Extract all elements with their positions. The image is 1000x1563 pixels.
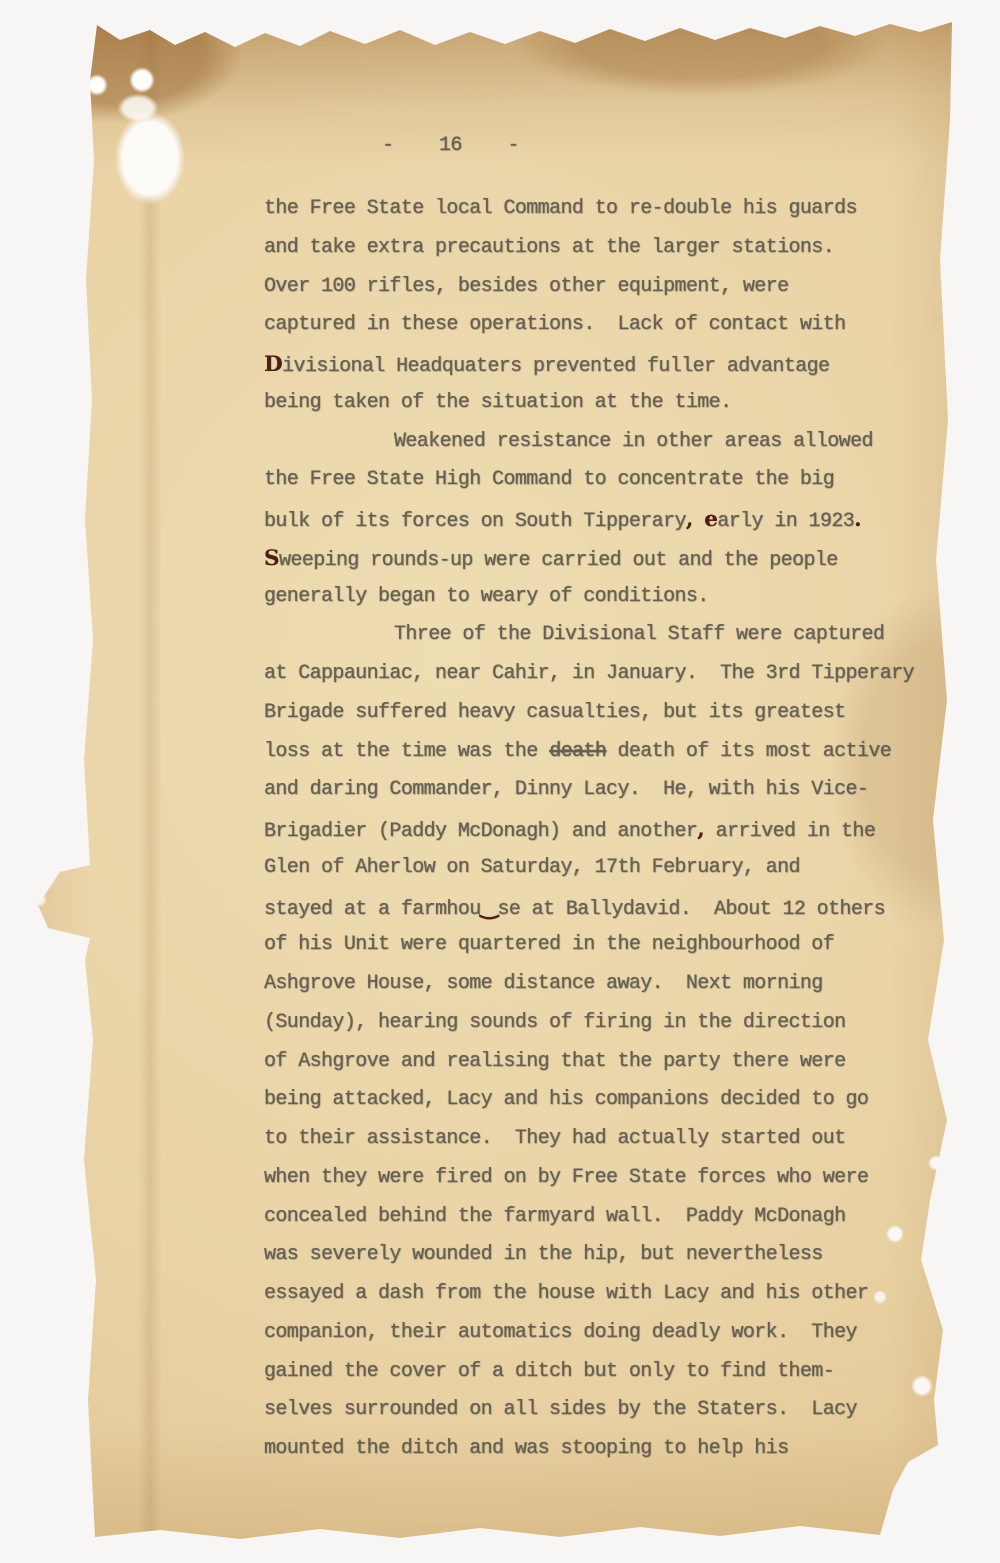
typed-text: the Free State High Command to concentra…	[264, 468, 834, 491]
typed-line: stayed at a farmhou‿se at Ballydavid. Ab…	[264, 895, 964, 934]
handwritten-correction: S	[264, 546, 279, 571]
typed-line: when they were fired on by Free State fo…	[264, 1166, 964, 1205]
typed-text: to their assistance. They had actually s…	[264, 1127, 846, 1150]
typed-line: was severely wounded in the hip, but nev…	[264, 1243, 964, 1282]
typed-text: Over 100 rifles, besides other equipment…	[264, 275, 789, 298]
typed-text: being taken of the situation at the time…	[264, 391, 731, 414]
typed-text: and take extra precautions at the larger…	[264, 236, 834, 259]
typed-text	[693, 510, 704, 533]
handwritten-correction: D	[264, 352, 282, 377]
page-content: - 16 - the Free State local Command to r…	[0, 0, 1000, 1563]
typed-text: at Cappauniac, near Cahir, in January. T…	[264, 662, 914, 685]
typed-text: of Ashgrove and realising that the party…	[264, 1050, 846, 1073]
typed-line: the Free State High Command to concentra…	[264, 468, 964, 507]
typed-line: Over 100 rifles, besides other equipment…	[264, 275, 964, 314]
handwritten-correction: ‿	[481, 895, 498, 920]
typed-line: concealed behind the farmyard wall. Padd…	[264, 1205, 964, 1244]
typed-text: arly in 1923	[717, 510, 854, 533]
typed-line: of his Unit were quartered in the neighb…	[264, 933, 964, 972]
typed-text: death of its most active	[606, 740, 891, 763]
typed-line: the Free State local Command to re-doubl…	[264, 197, 964, 236]
typed-line: Glen of Aherlow on Saturday, 17th Februa…	[264, 856, 964, 895]
typed-text: companion, their automatics doing deadly…	[264, 1321, 857, 1344]
typed-line: loss at the time was the death death of …	[264, 740, 964, 779]
typed-text: captured in these operations. Lack of co…	[264, 313, 846, 336]
typed-line: bulk of its forces on South Tipperary, e…	[264, 507, 964, 546]
typed-text: se at Ballydavid. About 12 others	[497, 898, 885, 921]
typed-line: selves surrounded on all sides by the St…	[264, 1398, 964, 1437]
typed-text: Ashgrove House, some distance away. Next…	[264, 972, 823, 995]
typed-line: being attacked, Lacy and his companions …	[264, 1088, 964, 1127]
struck-out-word: death	[549, 740, 606, 763]
typed-text: Brigade suffered heavy casualties, but i…	[264, 701, 846, 724]
typed-text: mounted the ditch and was stooping to he…	[264, 1437, 789, 1460]
typed-text: loss at the time was the	[264, 740, 549, 763]
typed-text: generally began to weary of conditions.	[264, 585, 709, 608]
typed-line: captured in these operations. Lack of co…	[264, 313, 964, 352]
typed-text: of his Unit were quartered in the neighb…	[264, 933, 834, 956]
typed-text: weeping rounds-up were carried out and t…	[279, 549, 838, 572]
typed-line: and daring Commander, Dinny Lacy. He, wi…	[264, 778, 964, 817]
typed-line: gained the cover of a ditch but only to …	[264, 1360, 964, 1399]
typed-text: Glen of Aherlow on Saturday, 17th Februa…	[264, 856, 800, 879]
typed-text: stayed at a farmhou	[264, 898, 481, 921]
typed-text: was severely wounded in the hip, but nev…	[264, 1243, 823, 1266]
typed-text: (Sunday), hearing sounds of firing in th…	[264, 1011, 846, 1034]
typed-line: Three of the Divisional Staff were captu…	[264, 623, 964, 662]
typed-line: mounted the ditch and was stooping to he…	[264, 1437, 964, 1476]
typed-text: essayed a dash from the house with Lacy …	[264, 1282, 868, 1305]
typed-text: arrived in the	[704, 820, 875, 843]
document-page: - 16 - the Free State local Command to r…	[0, 0, 1000, 1563]
typed-text: concealed behind the farmyard wall. Padd…	[264, 1205, 846, 1228]
typed-line: at Cappauniac, near Cahir, in January. T…	[264, 662, 964, 701]
handwritten-correction: e	[704, 507, 717, 532]
handwritten-correction: .	[854, 507, 861, 532]
typed-line: generally began to weary of conditions.	[264, 585, 964, 624]
typed-text: selves surrounded on all sides by the St…	[264, 1398, 857, 1421]
typed-line: Divisional Headquaters prevented fuller …	[264, 352, 964, 391]
scanned-document: - 16 - the Free State local Command to r…	[0, 0, 1000, 1563]
typed-line: of Ashgrove and realising that the party…	[264, 1050, 964, 1089]
typed-text: and daring Commander, Dinny Lacy. He, wi…	[264, 778, 868, 801]
typed-text: Brigadier (Paddy McDonagh) and another	[264, 820, 697, 843]
handwritten-correction: ,	[686, 507, 693, 532]
typed-text: bulk of its forces on South Tipperary	[264, 510, 686, 533]
typed-line: companion, their automatics doing deadly…	[264, 1321, 964, 1360]
typed-line: and take extra precautions at the larger…	[264, 236, 964, 275]
typed-text: when they were fired on by Free State fo…	[264, 1166, 868, 1189]
typed-text: ivisional Headquaters prevented fuller a…	[282, 355, 829, 378]
typed-line: Weakened resistance in other areas allow…	[264, 430, 964, 469]
typed-line: Brigadier (Paddy McDonagh) and another, …	[264, 817, 964, 856]
typed-line: to their assistance. They had actually s…	[264, 1127, 964, 1166]
typed-line: Sweeping rounds-up were carried out and …	[264, 546, 964, 585]
typed-text: Three of the Divisional Staff were captu…	[394, 623, 884, 646]
page-number: - 16 -	[382, 134, 519, 157]
typed-line: (Sunday), hearing sounds of firing in th…	[264, 1011, 964, 1050]
typed-line: Brigade suffered heavy casualties, but i…	[264, 701, 964, 740]
typed-text: gained the cover of a ditch but only to …	[264, 1360, 834, 1383]
typed-line: being taken of the situation at the time…	[264, 391, 964, 430]
typed-text: the Free State local Command to re-doubl…	[264, 197, 857, 220]
typed-text: Weakened resistance in other areas allow…	[394, 430, 873, 453]
typed-line: Ashgrove House, some distance away. Next…	[264, 972, 964, 1011]
typed-text: being attacked, Lacy and his companions …	[264, 1088, 868, 1111]
typed-line: essayed a dash from the house with Lacy …	[264, 1282, 964, 1321]
typed-lines: the Free State local Command to re-doubl…	[264, 197, 964, 1476]
